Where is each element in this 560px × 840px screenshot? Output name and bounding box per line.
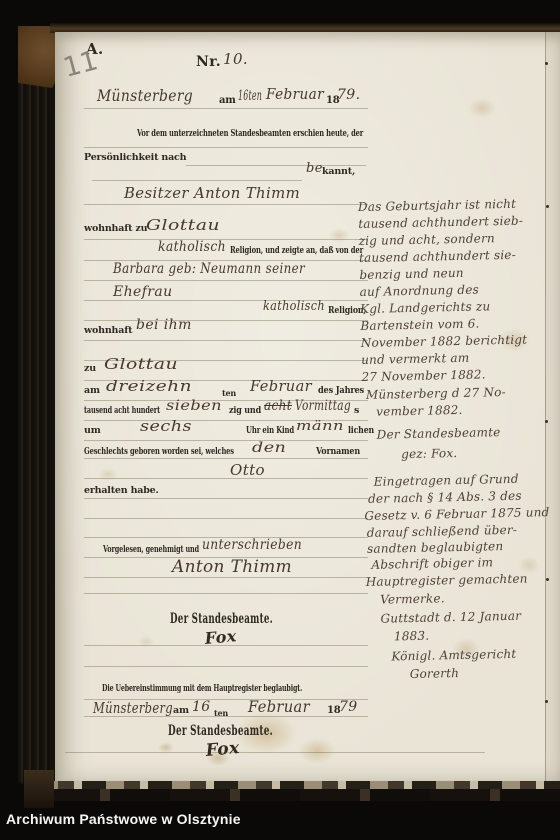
archive-scan: A. 11 Nr. 10. Münsterbergam16tenFebruar1… [0,0,560,840]
book-bottom-cover-edge [40,789,560,801]
margin-note-line: tausend achthundert sieb- [358,214,523,231]
margin-note-line: Der Standesbeamte [377,425,501,442]
margin-note-line: Münsterberg d 27 No- [366,385,506,402]
margin-note-line: Gesetz v. 6 Februar 1875 und [364,505,549,523]
margin-note-line: tausend achthundert sie- [359,248,516,265]
margin-note-line: darauf schließend über- [367,523,518,540]
margin-note-line: vember 1882. [376,403,463,419]
margin-note-line: der nach § 14 Abs. 3 des [368,489,522,506]
margin-note-line: Abschrift obiger im [371,555,493,572]
margin-note-line: November 1882 berichtigt [361,333,528,350]
archive-caption: Archiwum Państwowe w Olsztynie [6,811,241,827]
margin-note-line: sandten beglaubigten [367,539,503,556]
margin-note-line: Kgl. Landgerichts zu [360,299,491,316]
margin-note-line: Hauptregister gemachten [366,572,528,589]
margin-note-line: zig und acht, sondern [359,231,495,248]
spine-foot [24,770,54,808]
margin-note-line: gez: Fox. [401,446,458,461]
margin-note-line: Königl. Amtsgericht [391,647,516,664]
margin-note-line: Eingetragen auf Grund [374,472,519,489]
margin-note-line: Guttstadt d. 12 Januar [380,609,521,626]
margin-note-line: 27 November 1882. [361,367,485,384]
margin-note-line: Das Geburtsjahr ist nicht [358,197,516,214]
margin-note-line: 1883. [394,629,430,644]
margin-note-line: Vermerke. [380,591,445,606]
margin-note-line: und vermerkt am [361,351,470,367]
margin-note-line: benzig und neun [359,266,464,282]
margin-note-line: Bartenstein vom 6. [360,317,479,333]
margin-annotations: Das Geburtsjahr ist nichttausend achthun… [0,0,560,840]
margin-note-line: auf Anordnung des [360,283,479,299]
margin-note-line: Gorerth [410,666,460,681]
